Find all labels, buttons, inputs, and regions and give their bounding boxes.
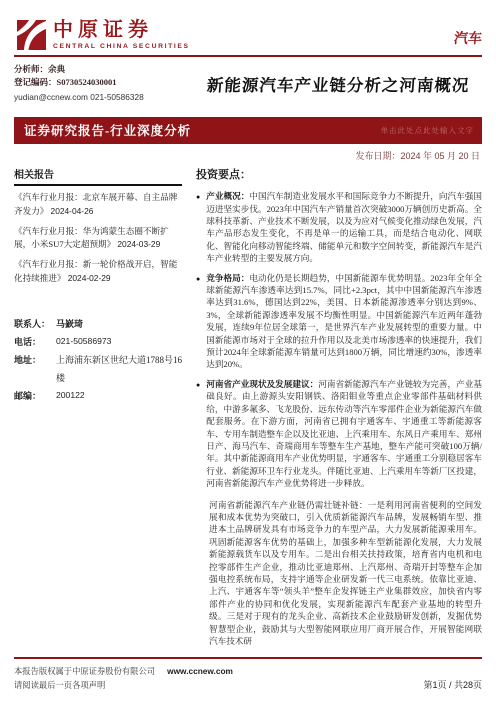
footer: 本报告版权属于中原证券股份有限公司 www.ccnew.com 请阅读最后一页各… <box>14 657 482 691</box>
bullet-paragraph: 产业概况：中国汽车制造业发展水平和国际竞争力不断提升，向汽车强国迈进坚实步伐。2… <box>206 190 482 264</box>
header: 中原证券 CENTRAL CHINA SECURITIES 汽车 分析师：余典 … <box>0 0 496 104</box>
bullet-item: ● 竞争格局：电动化仍是长期趋势，中国新能源车优势明显。2023年全年全球新能源… <box>196 272 482 371</box>
content-columns: 相关报告 《汽车行业月报：北京车展开幕、自主品牌齐发力》 2024-04-26 … <box>14 166 482 647</box>
investment-highlights-title: 投资要点： <box>196 166 482 182</box>
banner-label: 证券研究报告-行业深度分析 <box>24 121 191 139</box>
continuation-paragraph: 河南省新能源汽车产业链仍需壮链补链：一是利用河南省便利的空间发展和成本优势为突破… <box>209 499 482 648</box>
publish-date: 发布日期：2024 年 05 月 20 日 <box>0 149 480 162</box>
report-item: 《汽车行业月报：新一轮价格战开启，智能化持续推进》 2024-02-29 <box>14 258 182 285</box>
bullet-item: ● 产业概况：中国汽车制造业发展水平和国际竞争力不断提升，向汽车强国迈进坚实步伐… <box>196 190 482 264</box>
brand-subtitle: CENTRAL CHINA SECURITIES <box>53 43 190 50</box>
analyst-reg-code: 登记编码：S0730524030001 <box>14 76 194 89</box>
contact-address-row: 地址： 上海浦东新区世纪大道1788号16楼 <box>14 351 182 387</box>
contact-phone-row: 电话： 021-50586973 <box>14 333 182 351</box>
contact-person-label: 联系人： <box>14 315 56 333</box>
bullet-lead: 产业概况： <box>206 191 249 201</box>
analyst-info: 分析师：余典 登记编码：S0730524030001 yudian@ccnew.… <box>14 63 194 104</box>
contact-block: 联系人： 马嶔琦 电话： 021-50586973 地址： 上海浦东新区世纪大道… <box>14 315 182 405</box>
report-item-date: 2024-03-29 <box>117 239 160 249</box>
logo-row: 中原证券 CENTRAL CHINA SECURITIES 汽车 <box>14 20 482 57</box>
investment-highlights: 投资要点： ● 产业概况：中国汽车制造业发展水平和国际竞争力不断提升，向汽车强国… <box>196 166 482 647</box>
report-item-date: 2024-02-29 <box>68 273 111 283</box>
industry-tag: 汽车 <box>453 28 483 48</box>
related-reports-title: 相关报告 <box>14 166 182 186</box>
report-type-banner: 证券研究报告-行业深度分析 单击此处点此处输入文字 <box>14 117 482 144</box>
bullet-text: 电动化仍是长期趋势，中国新能源车优势明显。2023年全年全球新能源汽车渗透率达到… <box>206 273 482 370</box>
analyst-name: 分析师：余典 <box>14 63 194 76</box>
contact-person-row: 联系人： 马嶔琦 <box>14 315 182 333</box>
bullet-lead: 竞争格局： <box>206 273 249 283</box>
report-page: 中原证券 CENTRAL CHINA SECURITIES 汽车 分析师：余典 … <box>0 0 496 701</box>
bullet-paragraph: 河南省产业现状及发展建议：河南省新能源汽车产业链较为完善，产业基础良好。由上游源… <box>206 378 482 490</box>
footer-copyright-line: 本报告版权属于中原证券股份有限公司 www.ccnew.com <box>14 664 233 679</box>
bullet-icon: ● <box>196 191 200 264</box>
footer-page-info: 第1页 / 共28页 <box>423 678 482 691</box>
report-title: 新能源汽车产业链分析之河南概况 <box>193 72 483 104</box>
report-item-title: 《汽车行业月报：北京车展开幕、自主品牌齐发力》 <box>14 192 177 215</box>
contact-phone-label: 电话： <box>14 333 56 351</box>
bullet-icon: ● <box>196 379 200 490</box>
bullet-item: ● 河南省产业现状及发展建议：河南省新能源汽车产业链较为完善，产业基础良好。由上… <box>196 378 482 490</box>
brand-text: 中原证券 CENTRAL CHINA SECURITIES <box>53 20 190 50</box>
report-item-date: 2024-04-26 <box>51 206 94 216</box>
footer-website: www.ccnew.com <box>167 666 233 676</box>
contact-address-value: 上海浦东新区世纪大道1788号16楼 <box>56 351 182 387</box>
contact-zip-row: 邮编： 200122 <box>14 387 182 405</box>
company-logo: 中原证券 CENTRAL CHINA SECURITIES <box>14 20 190 50</box>
report-item: 《汽车行业月报：华为鸿蒙生态圈不断扩展，小米SU7大定超预期》 2024-03-… <box>14 225 182 252</box>
contact-zip-label: 邮编： <box>14 387 56 405</box>
contact-person-value: 马嶔琦 <box>56 315 83 333</box>
analyst-contact: yudian@ccnew.com 021-50586328 <box>14 91 194 104</box>
company-logo-icon <box>14 20 46 50</box>
bullet-lead: 河南省产业现状及发展建议： <box>206 379 318 389</box>
sidebar: 相关报告 《汽车行业月报：北京车展开幕、自主品牌齐发力》 2024-04-26 … <box>14 166 182 647</box>
bullet-icon: ● <box>196 273 200 371</box>
bullet-text: 中国汽车制造业发展水平和国际竞争力不断提升，向汽车强国迈进坚实步伐。2023年中… <box>206 191 482 263</box>
brand-name: 中原证券 <box>53 20 190 40</box>
contact-phone-value: 021-50586973 <box>56 333 111 351</box>
contact-address-label: 地址： <box>14 351 56 387</box>
footer-left: 本报告版权属于中原证券股份有限公司 www.ccnew.com 请阅读最后一页各… <box>14 664 233 691</box>
bullet-text: 河南省新能源汽车产业链较为完善，产业基础良好。由上游源头安阳钢铁、洛阳钼业等重点… <box>206 379 482 488</box>
contact-zip-value: 200122 <box>56 387 85 405</box>
report-item: 《汽车行业月报：北京车展开幕、自主品牌齐发力》 2024-04-26 <box>14 191 182 218</box>
analyst-title-row: 分析师：余典 登记编码：S0730524030001 yudian@ccnew.… <box>14 63 482 104</box>
bullet-paragraph: 竞争格局：电动化仍是长期趋势，中国新能源车优势明显。2023年全年全球新能源汽车… <box>206 272 482 371</box>
footer-copyright: 本报告版权属于中原证券股份有限公司 <box>14 667 155 676</box>
banner-placeholder: 单击此处点此处输入文字 <box>381 125 475 136</box>
footer-disclaimer: 请阅读最后一页各项声明 <box>14 679 233 691</box>
